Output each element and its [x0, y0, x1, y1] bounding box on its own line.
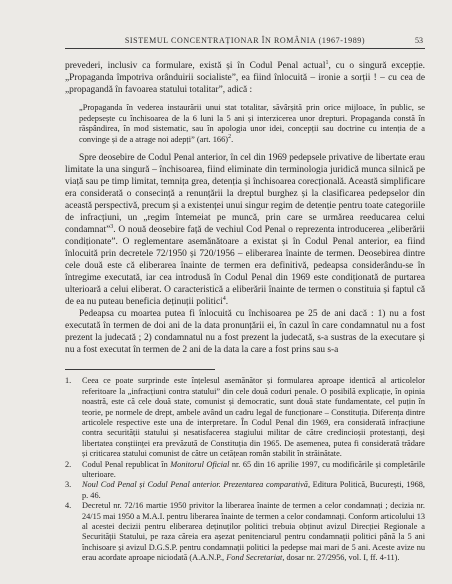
footnote-text: Decretul nr. 72/16 martie 1950 privitor …: [82, 501, 425, 563]
running-header-title: SISTEMUL CONCENTRAȚIONAR ÎN ROMÂNIA (196…: [125, 36, 365, 45]
footnote-number: 2.: [65, 460, 82, 481]
footnote-number: 1.: [65, 376, 82, 459]
text-run: , dosar nr. 27/2956, vol. I, ff. 4-11).: [282, 553, 399, 562]
running-header: SISTEMUL CONCENTRAȚIONAR ÎN ROMÂNIA (196…: [65, 36, 425, 45]
text-run: Pedeapsa cu moartea putea fi înlocuită c…: [65, 309, 425, 355]
footnote-number: 3.: [65, 480, 82, 501]
text-run: . O nouă deosebire față de vechiul Cod P…: [65, 225, 425, 307]
block-quote: „Propaganda în vederea instaurării unui …: [79, 103, 425, 145]
footnote-item: 2.Codul Penal republicat în Monitorul Of…: [65, 460, 425, 481]
footnote-number: 4.: [65, 501, 82, 563]
text-run: .: [231, 135, 233, 144]
header-rule: [65, 48, 425, 49]
text-run: .: [226, 297, 228, 307]
footnote-separator: [65, 369, 215, 370]
text-run: Spre deosebire de Codul Penal anterior, …: [65, 153, 425, 235]
text-run: Ceea ce poate surprinde este înțelesul a…: [82, 376, 425, 458]
text-run: prevederi, inclusiv ca formulare, există…: [65, 61, 325, 71]
paragraph: Pedeapsa cu moartea putea fi înlocuită c…: [65, 308, 425, 356]
text-run: Monitorul Oficial: [170, 460, 229, 469]
text-run: Noul Cod Penal și Codul Penal anterior. …: [82, 480, 308, 489]
body-text: prevederi, inclusiv ca formulare, există…: [65, 60, 425, 356]
footnote-text: Noul Cod Penal și Codul Penal anterior. …: [82, 480, 425, 501]
footnote-item: 4.Decretul nr. 72/16 martie 1950 privito…: [65, 501, 425, 563]
paragraph: Spre deosebire de Codul Penal anterior, …: [65, 152, 425, 308]
book-page: SISTEMUL CONCENTRAȚIONAR ÎN ROMÂNIA (196…: [0, 0, 452, 584]
footnote-text: Ceea ce poate surprinde este înțelesul a…: [82, 376, 425, 459]
footnote-text: Codul Penal republicat în Monitorul Ofic…: [82, 460, 425, 481]
footnote-item: 3.Noul Cod Penal și Codul Penal anterior…: [65, 480, 425, 501]
text-run: Fond Secretariat: [226, 553, 282, 562]
text-run: „Propaganda în vederea instaurării unui …: [79, 103, 425, 144]
page-number: 53: [415, 36, 423, 45]
footnote-list: 1.Ceea ce poate surprinde este înțelesul…: [65, 376, 425, 563]
footnote-item: 1.Ceea ce poate surprinde este înțelesul…: [65, 376, 425, 459]
paragraph: prevederi, inclusiv ca formulare, există…: [65, 60, 425, 96]
text-run: Codul Penal republicat în: [82, 460, 170, 469]
